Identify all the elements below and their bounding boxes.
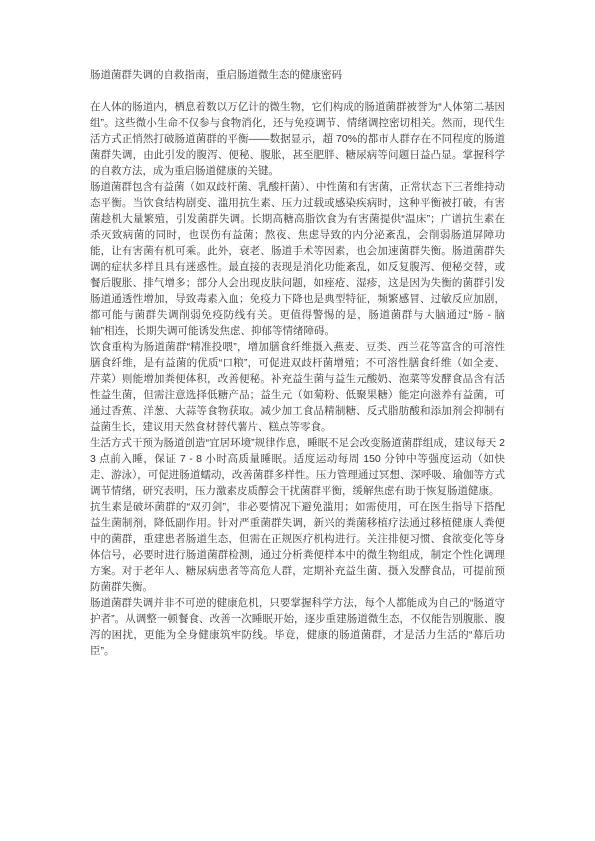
document-title: 肠道菌群失调的自救指南，重启肠道微生态的健康密码 xyxy=(90,67,505,83)
paragraph-medical: 抗生素是破坏菌群的“双刃剑”，非必要情况下避免滥用；如需使用，可在医生指导下搭配… xyxy=(90,499,505,595)
paragraph-diet: 饮食重构为肠道菌群“精准投喂”，增加膳食纤维摄入燕麦、豆类、西兰花等富含的可溶性… xyxy=(90,339,505,435)
document-page: 肠道菌群失调的自救指南，重启肠道微生态的健康密码 在人体的肠道内，栖息着数以万亿… xyxy=(0,0,595,841)
paragraph-lifestyle: 生活方式干预为肠道创造“宜居环境”规律作息，睡眠不足会改变肠道菌群组成，建议每天… xyxy=(90,435,505,499)
paragraph-intro: 在人体的肠道内，栖息着数以万亿计的微生物，它们构成的肠道菌群被誉为“人体第二基因… xyxy=(90,99,505,179)
paragraph-causes-symptoms: 肠道菌群包含有益菌（如双歧杆菌、乳酸杆菌）、中性菌和有害菌，正常状态下三者维持动… xyxy=(90,179,505,339)
document-content: 肠道菌群失调的自救指南，重启肠道微生态的健康密码 在人体的肠道内，栖息着数以万亿… xyxy=(90,67,505,659)
paragraph-conclusion: 肠道菌群失调并非不可逆的健康危机，只要掌握科学方法，每个人都能成为自己的“肠道守… xyxy=(90,595,505,659)
